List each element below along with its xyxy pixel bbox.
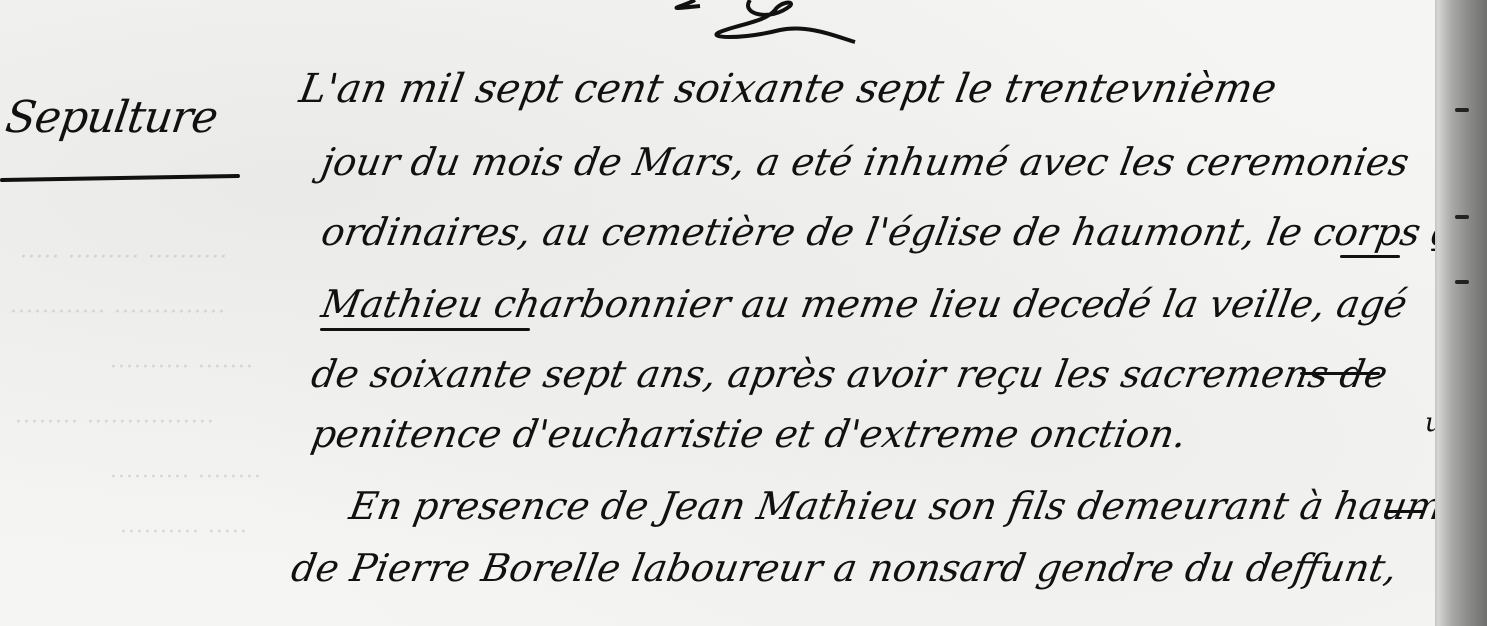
binding-ink-mark (1455, 280, 1469, 284)
line-filler-dash (1300, 372, 1380, 375)
register-line-8: de Pierre Borelle laboureur a nonsard ge… (288, 546, 1400, 590)
book-binding-edge (1435, 0, 1487, 626)
register-line-2: jour du mois de Mars, a eté inhumé avec … (318, 140, 1412, 184)
name-underline-jean (1340, 255, 1400, 258)
flourish-ornament (600, 0, 880, 50)
register-line-6: penitence d'eucharistie et d'extreme onc… (308, 412, 1190, 456)
register-line-4: Mathieu charbonnier au meme lieu decedé … (318, 282, 1410, 326)
register-line-3: ordinaires, au cemetière de l'église de … (318, 210, 1487, 254)
bleed-through-text: ·········· ····· (120, 520, 248, 545)
margin-heading: Sepulture (2, 92, 220, 143)
name-underline-mathieu (320, 328, 530, 331)
binding-ink-mark (1455, 215, 1469, 219)
margin-heading-underline (0, 174, 240, 182)
register-line-7: En presence de Jean Mathieu son fils dem… (346, 484, 1487, 528)
bleed-through-text: ············ ·············· (10, 300, 226, 325)
bleed-through-text: ········ ················ (15, 410, 215, 435)
bleed-through-text: ·········· ········ (110, 465, 262, 490)
binding-ink-mark (1455, 108, 1469, 112)
bleed-through-text: ····· ········· ·········· (20, 245, 228, 270)
register-line-5: de soixante sept ans, après avoir reçu l… (308, 352, 1391, 396)
register-line-1: L'an mil sept cent soixante sept le tren… (296, 66, 1280, 112)
register-page: ····· ········· ·········· ············ … (0, 0, 1487, 626)
line-filler-dash (1385, 510, 1425, 513)
bleed-through-text: ·········· ······· (110, 355, 254, 380)
